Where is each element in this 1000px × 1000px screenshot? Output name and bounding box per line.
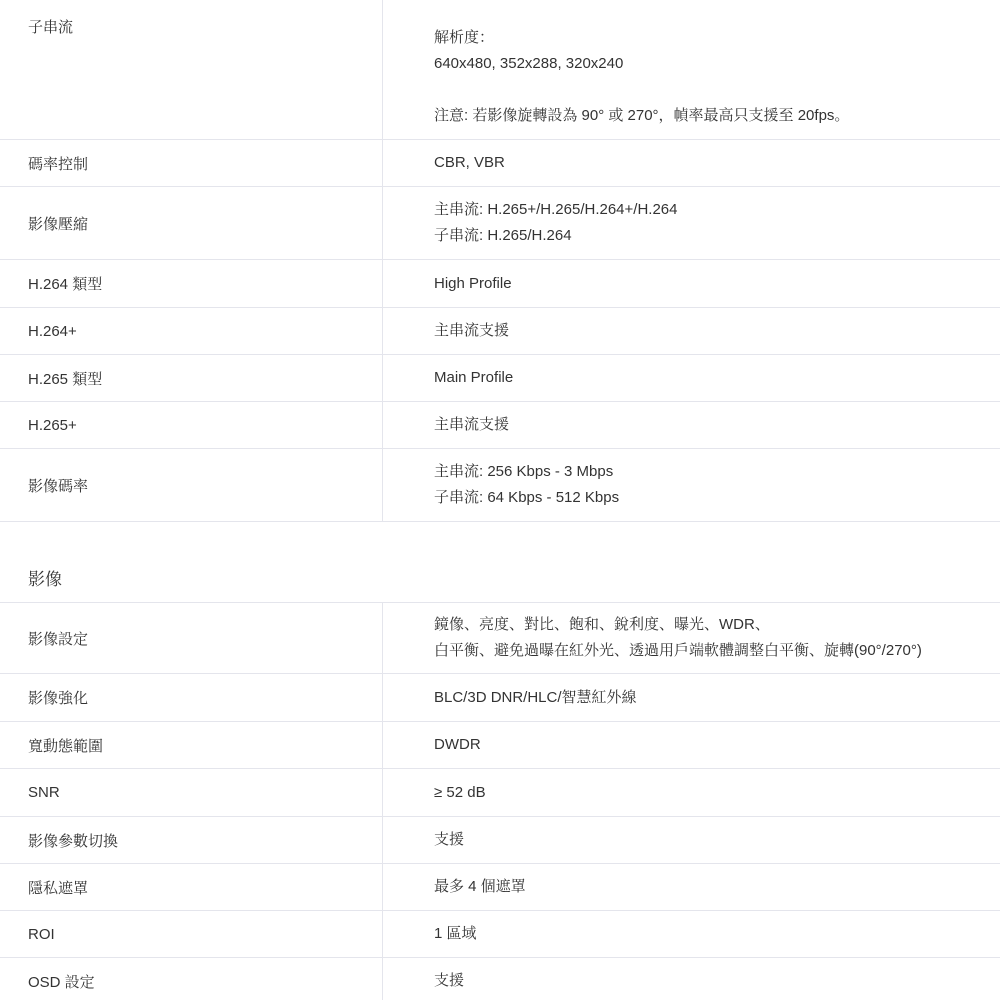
spec-label-text: H.264+ (28, 323, 77, 340)
spec-label: 影像參數切換 (0, 817, 383, 863)
spec-value: 1 區域 (383, 911, 1000, 957)
spec-label-text: 隱私遮罩 (28, 877, 88, 898)
spec-label-text: 影像參數切換 (28, 830, 118, 851)
spec-value-line: 主串流支援 (434, 318, 1000, 344)
spec-value-line: 最多 4 個遮罩 (434, 874, 1000, 900)
spec-value-line: DWDR (434, 732, 1000, 758)
spec-label-text: 影像碼率 (28, 475, 88, 496)
spec-label: 影像壓縮 (0, 187, 383, 259)
spec-label-text: 影像設定 (28, 628, 88, 649)
spec-row-h264-plus: H.264+ 主串流支援 (0, 308, 1000, 355)
spec-table-image: 影像設定 鏡像、亮度、對比、飽和、銳利度、曝光、WDR、 白平衡、避免過曝在紅外… (0, 602, 1000, 1000)
spec-label-text: H.265+ (28, 417, 77, 434)
spec-value: DWDR (383, 722, 1000, 768)
spec-value-line: 1 區域 (434, 921, 1000, 947)
spec-value: BLC/3D DNR/HLC/智慧紅外線 (383, 674, 1000, 721)
spec-row-compression: 影像壓縮 主串流: H.265+/H.265/H.264+/H.264 子串流:… (0, 187, 1000, 260)
spec-value: 支援 (383, 817, 1000, 863)
spec-value: 解析度： 640x480, 352x288, 320x240 注意: 若影像旋轉… (383, 0, 1000, 139)
section-title-image: 影像 (28, 565, 62, 590)
spec-label-text: OSD 設定 (28, 971, 95, 992)
spec-value-line: 主串流支援 (434, 412, 1000, 438)
spec-label-text: SNR (28, 784, 60, 801)
spec-row-substream: 子串流 解析度： 640x480, 352x288, 320x240 注意: 若… (0, 0, 1000, 140)
spec-value: Main Profile (383, 355, 1000, 401)
spec-row-osd: OSD 設定 支援 (0, 958, 1000, 1000)
spec-label: OSD 設定 (0, 958, 383, 1000)
spec-row-image-enhancement: 影像強化 BLC/3D DNR/HLC/智慧紅外線 (0, 674, 1000, 722)
spec-row-bitrate-control: 碼率控制 CBR, VBR (0, 140, 1000, 187)
spec-value: 支援 (383, 958, 1000, 1000)
spec-value-line: 解析度： (434, 25, 1000, 51)
spec-label-text: ROI (28, 926, 55, 943)
spec-value: 主串流: 256 Kbps - 3 Mbps 子串流: 64 Kbps - 51… (383, 449, 1000, 521)
spec-value: 主串流支援 (383, 308, 1000, 354)
spec-value-line: 白平衡、避免過曝在紅外光、透過用戶端軟體調整白平衡、旋轉(90°/270°) (434, 638, 1000, 664)
spec-label: ROI (0, 911, 383, 957)
spec-row-h265-plus: H.265+ 主串流支援 (0, 402, 1000, 449)
spec-row-param-switch: 影像參數切換 支援 (0, 817, 1000, 864)
spec-label-text: H.265 類型 (28, 368, 102, 389)
spec-label-text: 子串流 (28, 16, 73, 37)
spec-label-text: 碼率控制 (28, 153, 88, 174)
spec-row-wdr: 寬動態範圍 DWDR (0, 722, 1000, 769)
spec-value: 最多 4 個遮罩 (383, 864, 1000, 910)
spec-label: 影像強化 (0, 674, 383, 721)
spec-row-video-bitrate: 影像碼率 主串流: 256 Kbps - 3 Mbps 子串流: 64 Kbps… (0, 449, 1000, 522)
spec-label: 影像碼率 (0, 449, 383, 521)
spec-label: 隱私遮罩 (0, 864, 383, 910)
spec-label-text: 影像壓縮 (28, 213, 88, 234)
spec-row-snr: SNR ≥ 52 dB (0, 769, 1000, 817)
spec-value-line: 子串流: H.265/H.264 (434, 223, 1000, 249)
spec-value-line: 支援 (434, 827, 1000, 853)
spec-row-privacy-mask: 隱私遮罩 最多 4 個遮罩 (0, 864, 1000, 911)
spec-value-line: Main Profile (434, 365, 1000, 391)
spec-label: H.265+ (0, 402, 383, 448)
spec-value-line: 主串流: H.265+/H.265/H.264+/H.264 (434, 197, 1000, 223)
spacer (434, 77, 1000, 103)
spec-label: 子串流 (0, 0, 383, 139)
spec-value-line: 注意: 若影像旋轉設為 90° 或 270°，幀率最高只支援至 20fps。 (434, 103, 1000, 129)
spec-label: H.264+ (0, 308, 383, 354)
spec-value-line: 子串流: 64 Kbps - 512 Kbps (434, 485, 1000, 511)
spec-value: 主串流支援 (383, 402, 1000, 448)
spec-label-text: 寬動態範圍 (28, 735, 103, 756)
spec-value-line: ≥ 52 dB (434, 780, 1000, 806)
spec-value-line: CBR, VBR (434, 150, 1000, 176)
spec-value-line: High Profile (434, 271, 1000, 297)
spec-value: CBR, VBR (383, 140, 1000, 186)
spec-label: H.265 類型 (0, 355, 383, 401)
spec-value: 主串流: H.265+/H.265/H.264+/H.264 子串流: H.26… (383, 187, 1000, 259)
spec-value-line: BLC/3D DNR/HLC/智慧紅外線 (434, 685, 1000, 711)
spec-label-text: H.264 類型 (28, 273, 102, 294)
spec-row-roi: ROI 1 區域 (0, 911, 1000, 958)
spec-value-line: 鏡像、亮度、對比、飽和、銳利度、曝光、WDR、 (434, 612, 1000, 638)
spec-value-line: 640x480, 352x288, 320x240 (434, 51, 1000, 77)
spec-row-h264-type: H.264 類型 High Profile (0, 260, 1000, 308)
spec-value-line: 支援 (434, 968, 1000, 994)
spec-label-text: 影像強化 (28, 687, 88, 708)
spec-label: SNR (0, 769, 383, 816)
spec-value: ≥ 52 dB (383, 769, 1000, 816)
spec-label: 寬動態範圍 (0, 722, 383, 768)
spec-label: 碼率控制 (0, 140, 383, 186)
spec-value-line: 主串流: 256 Kbps - 3 Mbps (434, 459, 1000, 485)
spec-row-h265-type: H.265 類型 Main Profile (0, 355, 1000, 402)
spec-value: High Profile (383, 260, 1000, 307)
spec-row-image-settings: 影像設定 鏡像、亮度、對比、飽和、銳利度、曝光、WDR、 白平衡、避免過曝在紅外… (0, 603, 1000, 674)
spec-table-stream: 子串流 解析度： 640x480, 352x288, 320x240 注意: 若… (0, 0, 1000, 522)
spec-label: 影像設定 (0, 603, 383, 673)
spec-label: H.264 類型 (0, 260, 383, 307)
spec-value: 鏡像、亮度、對比、飽和、銳利度、曝光、WDR、 白平衡、避免過曝在紅外光、透過用… (383, 603, 1000, 673)
